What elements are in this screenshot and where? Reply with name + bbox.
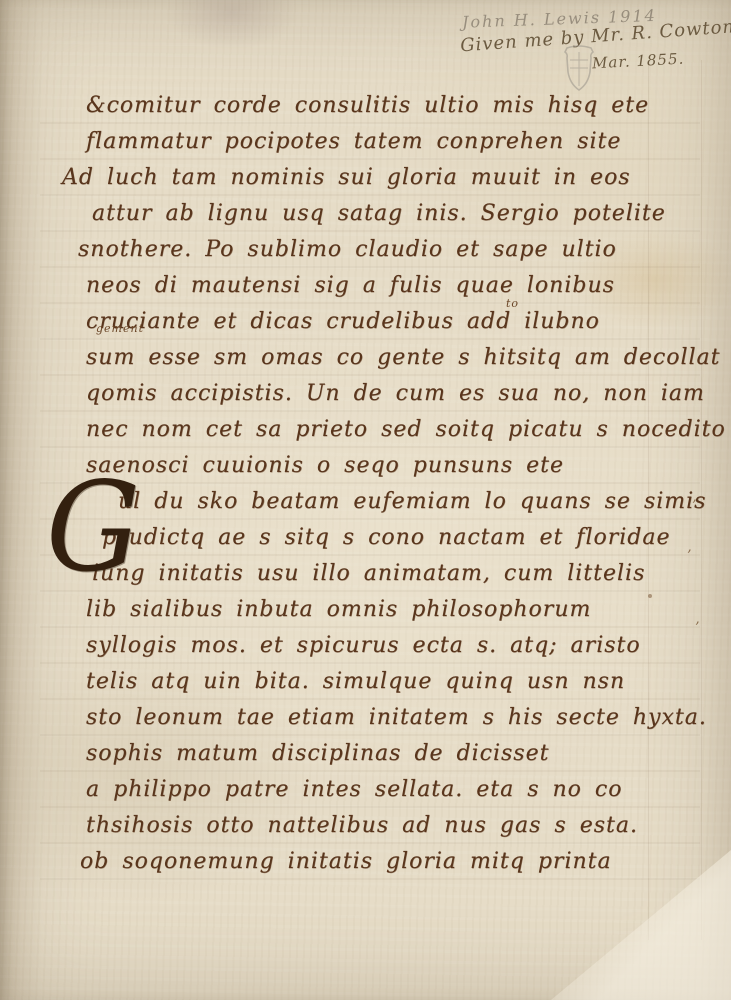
manuscript-line: sto leonum tae etiam initatem s his sect… (60, 700, 674, 736)
decorated-initial-g: G (46, 459, 116, 606)
manuscript-line: saenosci cuuionis o seqo punsuns ete (60, 448, 674, 484)
manuscript-line: Ad luch tam nominis sui gloria muuit in … (60, 160, 674, 196)
embossed-shield-stamp-icon (560, 42, 598, 94)
manuscript-line: ob soqonemung initatis gloria mitq print… (60, 844, 674, 880)
superscript-gloss: to (506, 297, 519, 310)
manuscript-line: cruciante et dicas crudelibus add ilubno (60, 304, 674, 340)
margin-mark: ’ (695, 620, 699, 636)
manuscript-line: neos di mautensi sig a fulis quae lonibu… (60, 268, 674, 304)
manuscript-text-block: &comitur corde consulitis ultio mis hisq… (60, 88, 674, 880)
interlinear-gloss: gement (96, 322, 144, 335)
manuscript-line: snothere. Po sublimo claudio et sape ult… (60, 232, 674, 268)
manuscript-line: thsihosis otto nattelibus ad nus gas s e… (60, 808, 674, 844)
manuscript-line: flammatur pocipotes tatem conprehen site (60, 124, 674, 160)
ink-spot (648, 594, 652, 598)
manuscript-line: a philippo patre intes sellata. eta s no… (60, 772, 674, 808)
margin-mark: ’ (692, 498, 696, 514)
ink-spot (374, 100, 378, 104)
manuscript-line: iung initatis usu illo animatam, cum lit… (60, 556, 674, 592)
manuscript-line: syllogis mos. et spicurus ecta s. atq; a… (60, 628, 674, 664)
manuscript-line: sum esse sm omas co gente s hitsitq am d… (60, 340, 674, 376)
manuscript-line: telis atq uin bita. simulque quinq usn n… (60, 664, 674, 700)
margin-mark: ’ (687, 548, 691, 564)
gift-inscription-date: Mar. 1855. (592, 50, 685, 73)
manuscript-line: ul du sko beatam eufemiam lo quans se si… (60, 484, 674, 520)
manuscript-page: John H. Lewis 1914 Given me by Mr. R. Co… (0, 0, 731, 1000)
manuscript-line: nec nom cet sa prieto sed soitq picatu s… (60, 412, 674, 448)
manuscript-line: qomis accipistis. Un de cum es sua no, n… (60, 376, 674, 412)
manuscript-line: lib sialibus inbuta omnis philosophorum (60, 592, 674, 628)
manuscript-line: prudictq ae s sitq s cono nactam et flor… (60, 520, 674, 556)
manuscript-line: &comitur corde consulitis ultio mis hisq… (60, 88, 674, 124)
manuscript-line: sophis matum disciplinas de dicisset (60, 736, 674, 772)
manuscript-line: attur ab lignu usq satag inis. Sergio po… (60, 196, 674, 232)
